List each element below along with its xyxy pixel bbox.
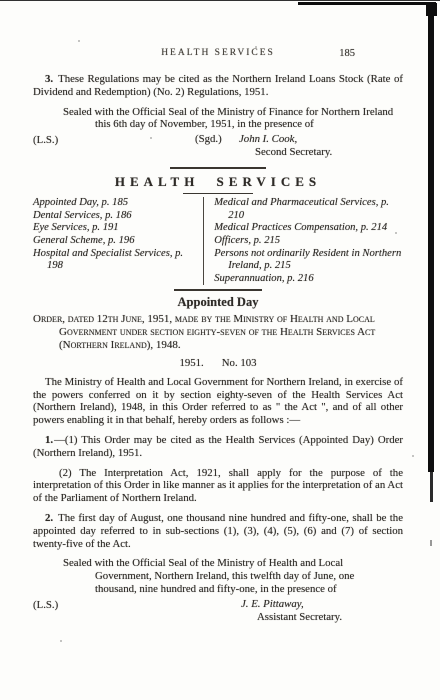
article-text: —(1) This Order may be cited as the Heal… (33, 434, 403, 459)
divider-rule (170, 167, 266, 169)
divider-rule (183, 193, 253, 195)
paragraph-number: 3. (45, 73, 53, 85)
scan-speck (255, 46, 257, 48)
signatory-name: John I. Cook, (239, 133, 297, 145)
article-2: 2.The first day of August, one thousand … (33, 512, 403, 550)
scan-speck (150, 137, 152, 139)
index-entry: Officers, p. 215 (214, 235, 403, 248)
index-entry: General Scheme, p. 196 (33, 235, 195, 248)
signatory-title: Second Secretary. (255, 146, 332, 158)
article-1-1: 1.—(1) This Order may be cited as the He… (33, 434, 403, 460)
order-number-line: 1951.No. 103 (33, 357, 403, 370)
document-page: HEALTH SERVICES 185 3.These Regulations … (0, 0, 440, 700)
page-number: 185 (339, 48, 355, 59)
article-number: 1. (45, 434, 53, 446)
signatory-name: J. E. Pittaway, (241, 598, 304, 610)
section-index: Appointed Day, p. 185 Dental Services, p… (33, 197, 403, 285)
citation-text: These Regulations may be cited as the No… (33, 73, 403, 98)
signed-abbreviation: (Sgd.) (195, 133, 222, 145)
scan-speck (412, 455, 414, 457)
article-number: 2. (45, 512, 53, 524)
sealing-clause-health: Sealed with the Official Seal of the Min… (63, 557, 397, 595)
article-1-2: (2) The Interpretation Act, 1921, shall … (33, 467, 403, 505)
order-year: 1951. (179, 357, 203, 369)
index-entry: Appointed Day, p. 185 (33, 197, 195, 210)
index-entry: Dental Services, p. 186 (33, 210, 195, 223)
section-title: HEALTH SERVICES (33, 174, 403, 189)
signature-block-finance: (L.S.) (Sgd.) John I. Cook, Second Secre… (33, 133, 403, 163)
divider-rule (174, 289, 262, 291)
scan-top-edge-line (0, 0, 440, 1)
locus-sigilli: (L.S.) (33, 134, 58, 146)
scan-right-edge-dot (430, 540, 432, 546)
enacting-paragraph: The Ministry of Health and Local Governm… (33, 376, 403, 427)
index-entry: Medical Practices Compensation, p. 214 (214, 222, 403, 235)
signatory-title: Assistant Secretary. (257, 611, 342, 623)
index-column-left: Appointed Day, p. 185 Dental Services, p… (33, 197, 203, 285)
scan-right-edge-bar (428, 4, 434, 472)
index-entry: Superannuation, p. 216 (214, 273, 403, 286)
order-number: No. 103 (222, 357, 257, 369)
index-column-right: Medical and Pharmaceutical Services, p. … (203, 197, 403, 285)
scan-speck (78, 40, 80, 42)
previous-regulation-citation: 3.These Regulations may be cited as the … (33, 73, 403, 99)
article-text: The first day of August, one thousand ni… (33, 512, 403, 550)
scan-speck (60, 640, 62, 642)
signature-block-health: (L.S.) J. E. Pittaway, Assistant Secreta… (33, 598, 403, 628)
scan-speck (395, 232, 397, 234)
index-entry: Medical and Pharmaceutical Services, p. … (214, 197, 403, 222)
sealing-clause-finance: Sealed with the Official Seal of the Min… (63, 106, 397, 132)
running-header: HEALTH SERVICES 185 (33, 48, 403, 61)
scan-top-edge-bar (298, 2, 436, 5)
index-entry: Eye Services, p. 191 (33, 222, 195, 235)
index-entry: Persons not ordinarily Resident in North… (214, 248, 403, 273)
order-title: Appointed Day (33, 295, 403, 309)
order-preamble: Order, dated 12th June, 1951, made by th… (33, 313, 403, 352)
index-entry: Hospital and Specialist Services, p. 198 (33, 248, 195, 273)
scan-right-edge-fragment (430, 472, 433, 502)
locus-sigilli: (L.S.) (33, 599, 58, 611)
